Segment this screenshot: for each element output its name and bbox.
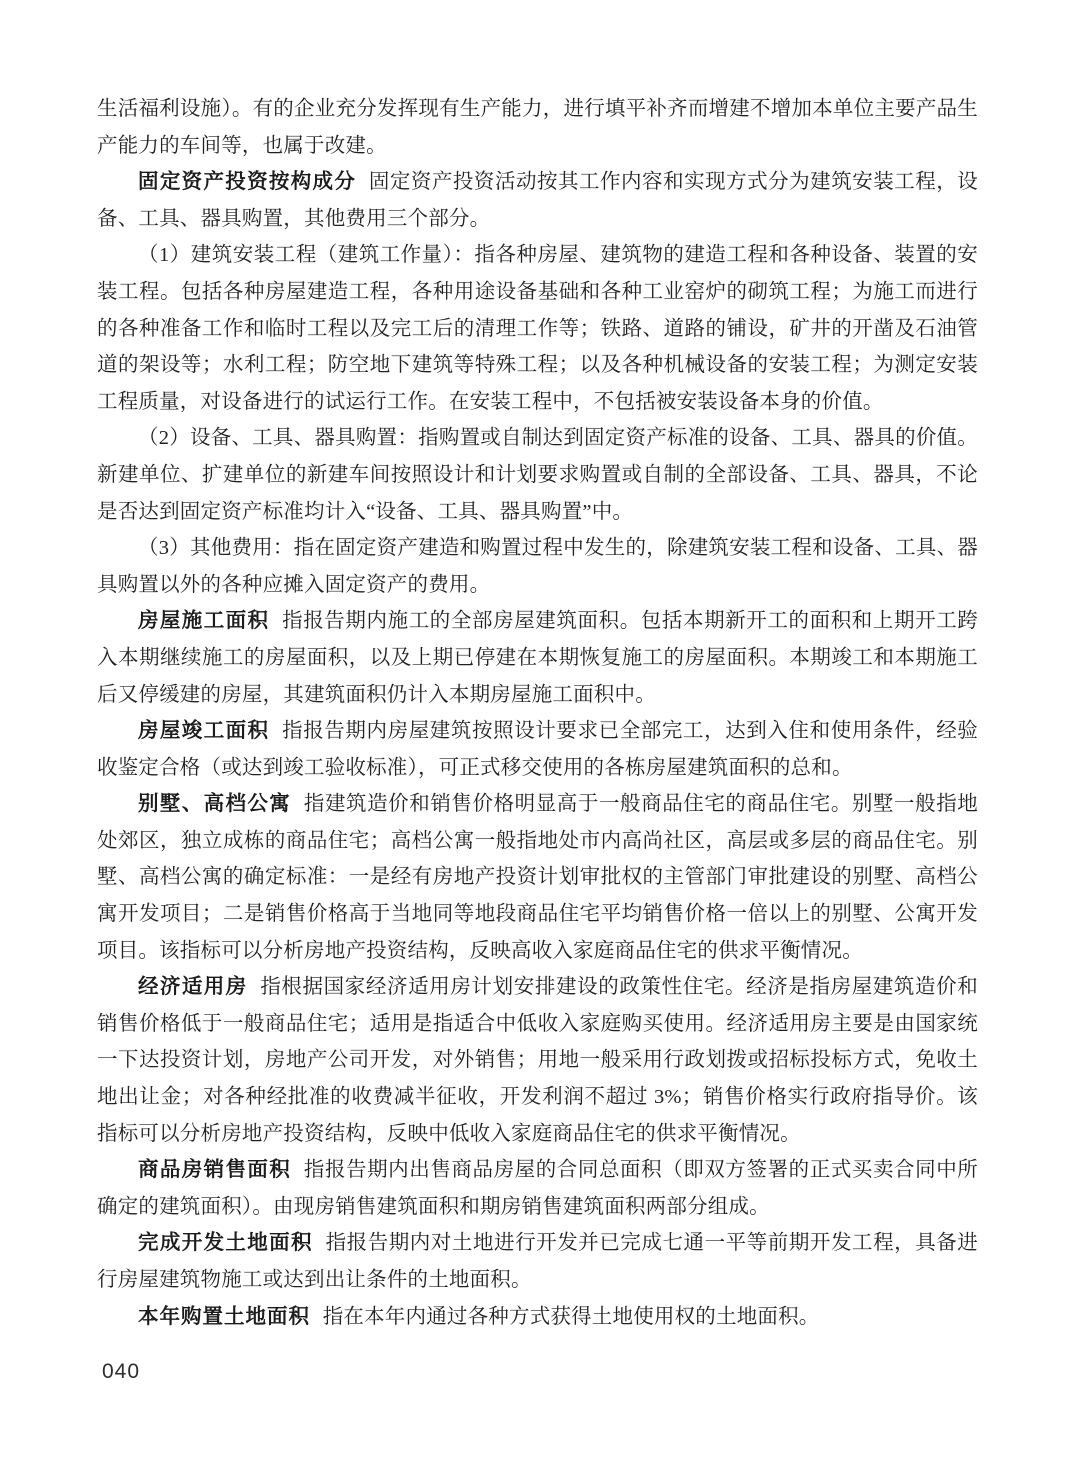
paragraph-text: 指在本年内通过各种方式获得土地使用权的土地面积。 (323, 1306, 820, 1328)
term-heading: 房屋竣工面积 (138, 719, 269, 742)
term-heading: 商品房销售面积 (138, 1158, 291, 1181)
paragraph: 房屋竣工面积指报告期内房屋建筑按照设计要求已全部完工，达到入住和使用条件，经验收… (97, 713, 978, 786)
paragraph: （1）建筑安装工程（建筑工作量）：指各种房屋、建筑物的建造工程和各种设备、装置的… (97, 237, 978, 420)
term-heading: 固定资产投资按构成分 (138, 170, 356, 193)
term-heading: 别墅、高档公寓 (138, 792, 291, 815)
paragraph: 本年购置土地面积指在本年内通过各种方式获得土地使用权的土地面积。 (97, 1299, 978, 1336)
paragraph: （3）其他费用：指在固定资产建造和购置过程中发生的，除建筑安装工程和设备、工具、… (97, 530, 978, 603)
paragraph: 固定资产投资按构成分固定资产投资活动按其工作内容和实现方式分为建筑安装工程，设备… (97, 164, 978, 237)
paragraph-text: 指根据国家经济适用房计划安排建设的政策性住宅。经济是指房屋建筑造价和销售价格低于… (97, 976, 978, 1144)
paragraph: 完成开发土地面积指报告期内对土地进行开发并已完成七通一平等前期开发工程，具备进行… (97, 1225, 978, 1298)
paragraph: （2）设备、工具、器具购置：指购置或自制达到固定资产标准的设备、工具、器具的价值… (97, 420, 978, 530)
paragraph-text: 生活福利设施）。有的企业充分发挥现有生产能力，进行填平补齐而增建不增加本单位主要… (97, 98, 978, 157)
paragraph-text: （2）设备、工具、器具购置：指购置或自制达到固定资产标准的设备、工具、器具的价值… (97, 427, 978, 522)
page-body-text: 生活福利设施）。有的企业充分发挥现有生产能力，进行填平补齐而增建不增加本单位主要… (97, 91, 978, 1335)
term-heading: 经济适用房 (138, 975, 248, 998)
paragraph-text: （1）建筑安装工程（建筑工作量）：指各种房屋、建筑物的建造工程和各种设备、装置的… (97, 244, 978, 412)
paragraph-text: （3）其他费用：指在固定资产建造和购置过程中发生的，除建筑安装工程和设备、工具、… (97, 537, 978, 596)
paragraph: 别墅、高档公寓指建筑造价和销售价格明显高于一般商品住宅的商品住宅。别墅一般指地处… (97, 786, 978, 969)
paragraph: 商品房销售面积指报告期内出售商品房屋的合同总面积（即双方签署的正式买卖合同中所确… (97, 1152, 978, 1225)
paragraph-text: 指建筑造价和销售价格明显高于一般商品住宅的商品住宅。别墅一般指地处郊区，独立成栋… (97, 793, 978, 961)
page-number: 040 (102, 1360, 140, 1384)
paragraph: 房屋施工面积指报告期内施工的全部房屋建筑面积。包括本期新开工的面积和上期开工跨入… (97, 603, 978, 713)
document-page: 生活福利设施）。有的企业充分发挥现有生产能力，进行填平补齐而增建不增加本单位主要… (0, 0, 1074, 1458)
term-heading: 本年购置土地面积 (138, 1305, 310, 1328)
term-heading: 房屋施工面积 (138, 609, 269, 632)
paragraph: 经济适用房指根据国家经济适用房计划安排建设的政策性住宅。经济是指房屋建筑造价和销… (97, 969, 978, 1152)
term-heading: 完成开发土地面积 (138, 1231, 313, 1254)
paragraph: 生活福利设施）。有的企业充分发挥现有生产能力，进行填平补齐而增建不增加本单位主要… (97, 91, 978, 164)
